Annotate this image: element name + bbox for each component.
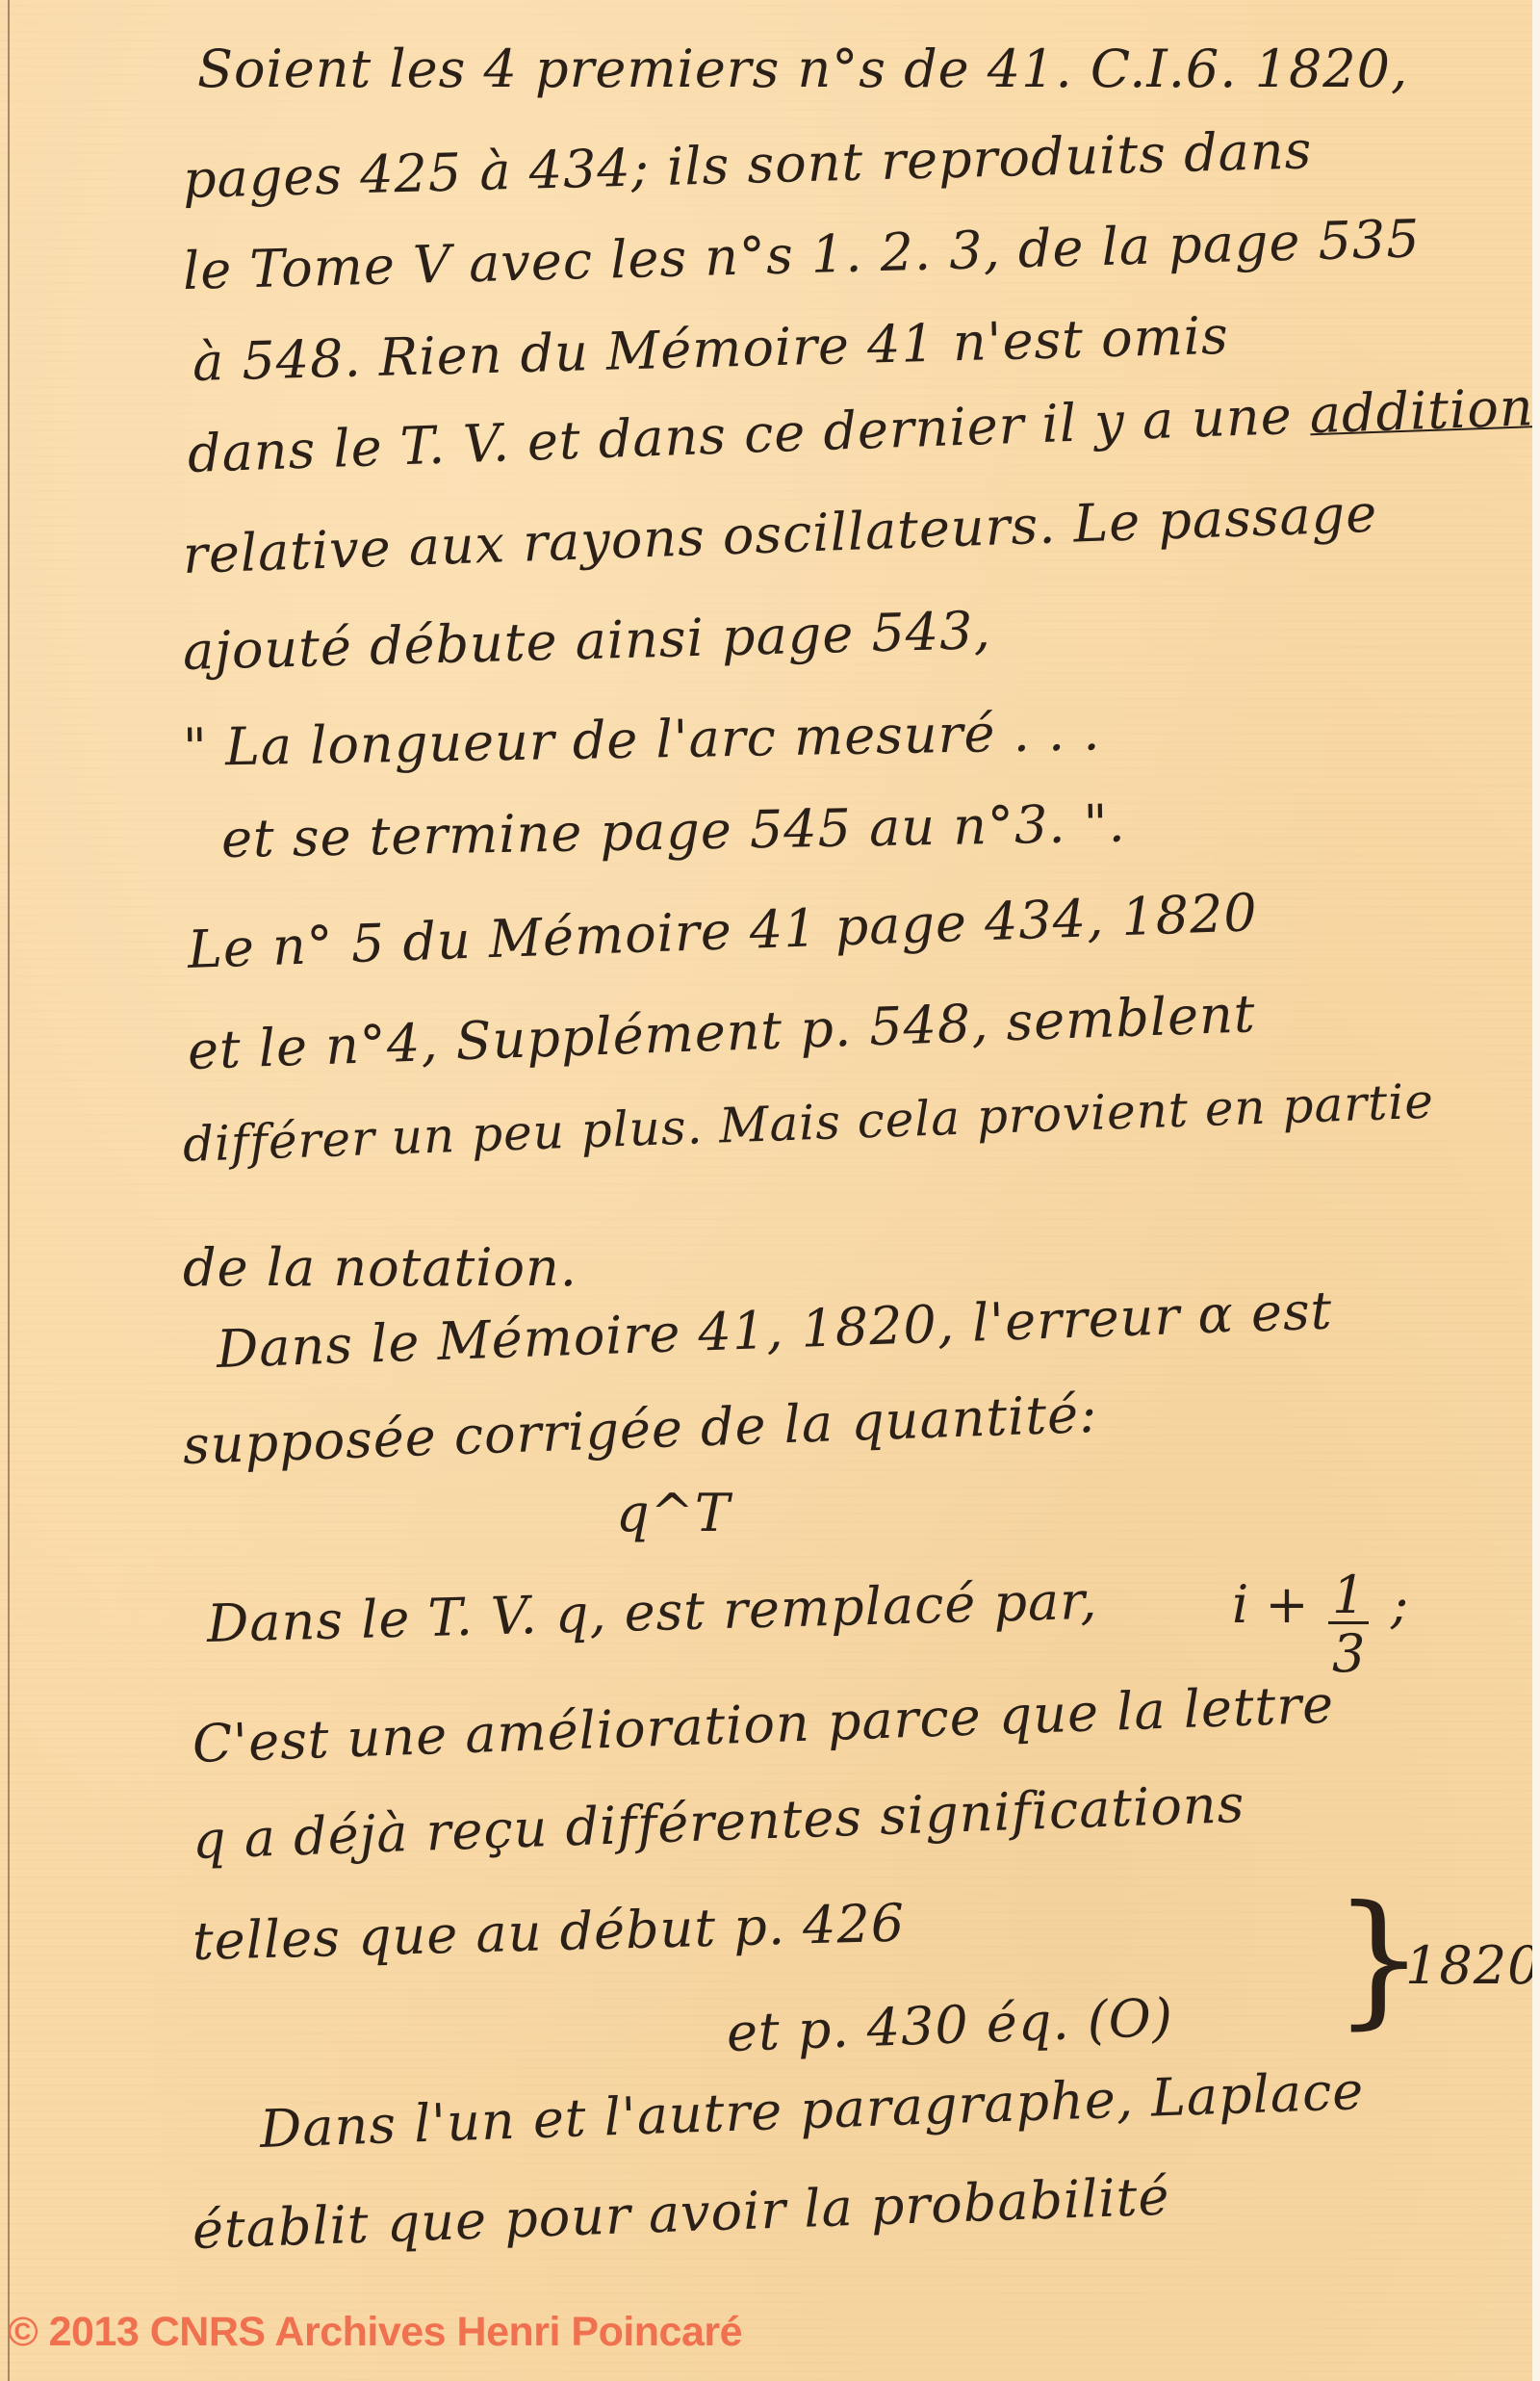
formula-prefix: i + [1232, 1579, 1309, 1631]
formula-fraction: i + 1 3 ; [1251, 1569, 1369, 1680]
manuscript-line-10: Le n° 5 du Mémoire 41 page 434, 1820 [187, 882, 1259, 980]
manuscript-line-5-text: dans le T. V. et dans ce dernier il y a … [187, 384, 1311, 484]
manuscript-line-2: pages 425 à 434; ils sont reproduits dan… [182, 119, 1313, 210]
manuscript-line-17: C'est une amélioration parce que la lett… [192, 1674, 1335, 1774]
formula-suffix: ; [1391, 1579, 1408, 1631]
manuscript-line-3: le Tome V avec les n°s 1. 2. 3, de la pa… [182, 208, 1421, 301]
page-right-edge [1532, 0, 1540, 2381]
manuscript-line-22: établit que pour avoir la probabilité [192, 2166, 1171, 2261]
fraction-numerator: 1 [1328, 1569, 1369, 1624]
manuscript-line-9: et se termine page 545 au n°3. ". [220, 793, 1126, 869]
manuscript-page: Soient les 4 premiers n°s de 41. C.I.6. … [0, 0, 1532, 2381]
brace-label-year: 1820. [1405, 1935, 1540, 1996]
underlined-word-addition: addition [1309, 376, 1535, 445]
manuscript-line-16: Dans le T. V. q, est remplacé par, [206, 1570, 1098, 1654]
manuscript-line-5: dans le T. V. et dans ce dernier il y a … [187, 376, 1535, 484]
manuscript-line-18: q a déjà reçu différentes significations [192, 1773, 1245, 1871]
manuscript-line-15: supposée corrigée de la quantité: [182, 1384, 1098, 1476]
manuscript-line-12: différer un peu plus. Mais cela provient… [182, 1074, 1435, 1173]
manuscript-line-13: de la notation. [183, 1237, 577, 1298]
manuscript-line-11: et le n°4, Supplément p. 548, semblent [187, 983, 1257, 1081]
formula-q-power-t: q^T [616, 1483, 731, 1543]
manuscript-line-20: et p. 430 éq. (O) [726, 1987, 1174, 2063]
manuscript-line-1: Soient les 4 premiers n°s de 41. C.I.6. … [197, 39, 1408, 99]
manuscript-line-21: Dans l'un et l'autre paragraphe, Laplace [259, 2060, 1365, 2160]
manuscript-line-7: ajouté débute ainsi page 543, [182, 600, 991, 682]
manuscript-line-8: " La longueur de l'arc mesuré . . . [182, 701, 1100, 778]
manuscript-line-6: relative aux rayons oscillateurs. Le pas… [182, 483, 1378, 585]
manuscript-line-4: à 548. Rien du Mémoire 41 n'est omis [192, 305, 1229, 393]
fraction-denominator: 3 [1328, 1624, 1369, 1680]
copyright-watermark: © 2013 CNRS Archives Henri Poincaré [8, 2309, 742, 2356]
manuscript-line-19: telles que au début p. 426 [192, 1893, 906, 1972]
page-fold-line [8, 0, 10, 2381]
